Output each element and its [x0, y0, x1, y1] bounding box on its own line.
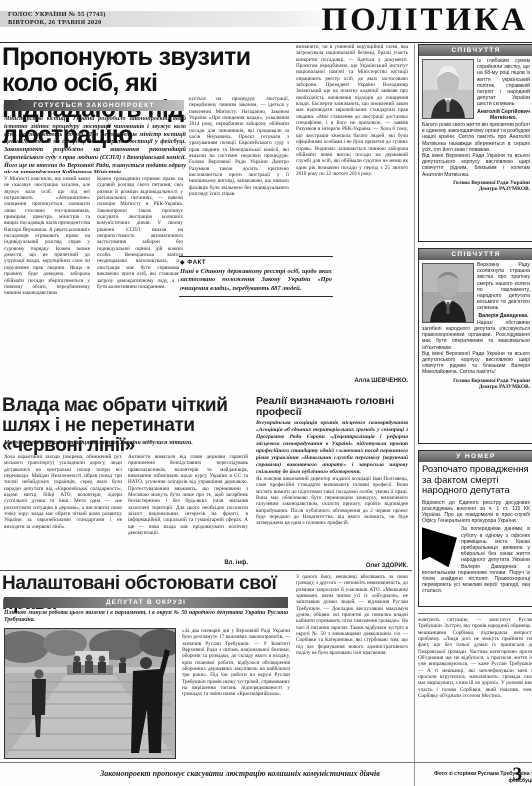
condolence2-text2: Від імені Верховної Ради України та всьо… — [422, 351, 530, 376]
article-professions-headline: Реалії визначають головні професії — [256, 396, 408, 418]
speech-bubble-graphic — [422, 527, 458, 567]
unomer-box: У НОМЕР Розпочато провадження за фактом … — [418, 450, 532, 607]
unomer-text2: За попередніми даними, в суботу в одному… — [422, 526, 530, 594]
condolence1-text1: Багато років свого життя він присвятив р… — [422, 122, 530, 153]
page-header: ГОЛОС УКРАЇНИ № 55 (7743) ВІВТОРОК, 26 Т… — [0, 0, 532, 43]
portrait1-graphic — [423, 60, 473, 118]
articles-middle-row: Влада має обрати чіткий шлях і не перети… — [0, 394, 412, 570]
sidebar: СПІВЧУТТЯ Із глибоким сумом сприйняли зв… — [414, 44, 532, 786]
article-lustration-col1: У Мін'юсті пояснили, що новий закон не с… — [4, 176, 90, 386]
unomer-header: У НОМЕР — [419, 451, 532, 462]
article-protests-byline: Вл. інф. — [128, 560, 248, 566]
article-professions-lead: Всеукраїнська асоціація органів місцевог… — [256, 420, 408, 474]
park-meeting-photo-graphic — [5, 629, 175, 758]
section-title: ПОЛІТИКА — [321, 2, 528, 39]
newspaper-page: ГОЛОС УКРАЇНИ № 55 (7743) ВІВТОРОК, 26 Т… — [0, 0, 532, 786]
matviyenko-portrait-photo — [422, 59, 474, 119]
article-lustration-col4: визначити, чи в учиненій корупційній схе… — [296, 44, 408, 376]
condolence2-header: СПІВЧУТТЯ — [419, 249, 532, 260]
portrait2-graphic — [423, 264, 473, 322]
article-district-col3: жовтують ситуацію, — констатує Руслан Тр… — [418, 613, 532, 769]
article-professions: Реалії визначають головні професії Всеук… — [256, 396, 408, 568]
unomer-headline: Розпочато провадження за фактом смерті н… — [422, 465, 530, 497]
article-protests-col1: Хоча карантинні заходи (зокрема, обмежен… — [4, 454, 122, 558]
article-lustration-byline: Алла ШЕВЧЕНКО. — [354, 378, 408, 384]
fact-diamond-icon: ◆ — [180, 260, 185, 266]
article-lustration-col2: Кожен громадянин отримає право на судови… — [97, 176, 183, 386]
signature-name: Дмитро РАЗУМКОВ. — [422, 384, 530, 390]
condolence1-header: СПІВЧУТТЯ — [419, 45, 532, 56]
condolence-box-davydenko: СПІВЧУТТЯ Верховну Раду сколихнула страш… — [418, 248, 532, 444]
condolence-box-matviyenko: СПІВЧУТТЯ Із глибоким сумом сприйняли зв… — [418, 44, 532, 242]
article-lustration-col3: кується на процедуру люстрації, передбач… — [189, 96, 289, 386]
condolence1-signature: Голова Верховної Ради України Дмитро РАЗ… — [422, 180, 530, 192]
article-protests-col2: Активісти вимагали від глави держави гар… — [128, 454, 248, 558]
footer-caption: Законопроект пропонує скасувати люстраці… — [0, 769, 480, 778]
article-district: Налаштовані обстоювати свої права ДЕПУТА… — [0, 570, 412, 763]
article-lustration: Пропонують звузити коло осіб, які підпад… — [0, 44, 412, 392]
fact-label: ◆ ФАКТ — [180, 259, 332, 266]
kicker-lawproject: ГОТУЄТЬСЯ ЗАКОНОПРОЕКТ — [4, 100, 184, 111]
article-professions-body: Як пояснив виконавчий директор згаданої … — [256, 476, 408, 562]
page-footer: Законопроект пропонує скасувати люстраці… — [0, 762, 532, 786]
district-meeting-photo — [4, 628, 176, 759]
signature-name: Дмитро РАЗУМКОВ. — [422, 186, 530, 192]
condolence2-body: Верховну Раду сколихнула страшна звістка… — [419, 260, 532, 443]
davydenko-portrait-photo — [422, 263, 474, 323]
article-professions-byline: Олег ЗДОРИК. — [256, 563, 408, 569]
article-district-headline: Налаштовані обстоювати свої права — [2, 574, 294, 614]
unomer-body: Розпочато провадження за фактом смерті н… — [419, 462, 532, 606]
article-protests-lead: Минулої неділі майже у тридцяти містах У… — [4, 440, 254, 452]
article-district-lead: Плідною минула робота цього тижня і в па… — [4, 610, 288, 626]
fact-box: ◆ ФАКТ Нині в Єдиному державному реєстрі… — [179, 256, 333, 297]
masthead-date: ВІВТОРОК, 26 ТРАВНЯ 2020 — [8, 19, 106, 27]
fact-text: Нині в Єдиному державному реєстрі осіб, … — [180, 268, 332, 293]
fact-label-text: ФАКТ — [187, 260, 206, 266]
unomer-text1: Відомості до Єдиного реєстру досудових р… — [422, 500, 530, 525]
article-district-col2: З одного боку, мешканці вболівають за св… — [296, 574, 408, 760]
condolence2-signature: Голова Верховної Ради України Дмитро РАЗ… — [422, 378, 530, 390]
condolence2-text1: Наразі обставини загибелі народного депу… — [422, 320, 530, 351]
article-district-col1: «За два пленарні дні у Верховній Раді Ук… — [182, 628, 290, 760]
masthead-issue: ГОЛОС УКРАЇНИ № 55 (7743) — [8, 11, 106, 19]
condolence1-body: Із глибоким сумом сприйняли звістку, що … — [419, 56, 532, 241]
condolence1-text2: Від імені Верховної Ради України та всьо… — [422, 153, 530, 178]
masthead: ГОЛОС УКРАЇНИ № 55 (7743) ВІВТОРОК, 26 Т… — [8, 11, 106, 27]
article-lustration-lead: Міністерство юстиції України розробило з… — [4, 115, 186, 173]
page-number: 3 — [513, 764, 523, 786]
kicker-deputy-district: ДЕПУТАТ В ОКРУЗІ — [4, 597, 288, 608]
